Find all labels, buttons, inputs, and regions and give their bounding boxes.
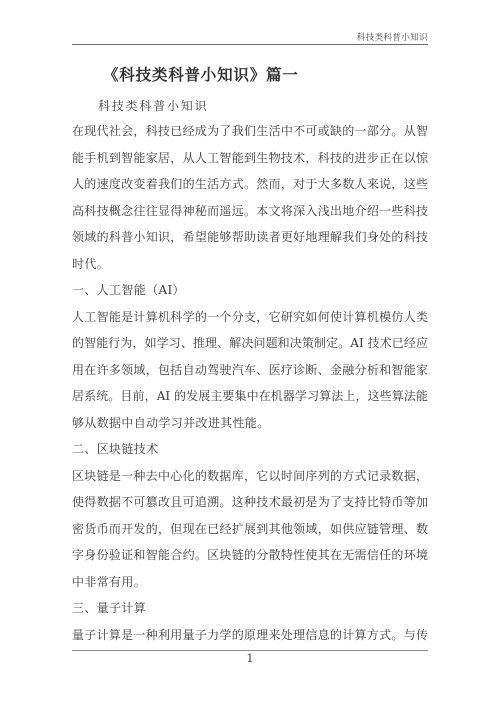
body-line: 字身份验证和智能合约。区块链的分散特性使其在无需信任的环境	[72, 542, 428, 569]
document-page: 科技类科普小知识 《科技类科普小知识》篇一 科技类科普小知识 在现代社会，科技已…	[0, 0, 500, 707]
body-line: 用在许多领域，包括自动驾驶汽车、医疗诊断、金融分析和智能家	[72, 357, 428, 384]
body-line: 区块链是一种去中心化的数据库，它以时间序列的方式记录数据，	[72, 463, 428, 490]
section-heading-2: 二、区块链技术	[72, 436, 428, 463]
body-line: 密货币而开发的，但现在已经扩展到其他领域，如供应链管理、数	[72, 516, 428, 543]
body-line: 能手机到智能家居，从人工智能到生物技术，科技的进步正在以惊	[72, 145, 428, 172]
body-line: 居系统。目前，AI 的发展主要集中在机器学习算法上，这些算法能	[72, 383, 428, 410]
footer-rule	[72, 650, 428, 651]
body-line: 时代。	[72, 251, 428, 278]
body-line: 中非常有用。	[72, 569, 428, 596]
section-heading-1: 一、人工智能（AI）	[72, 277, 428, 304]
document-body: 在现代社会，科技已经成为了我们生活中不可或缺的一部分。从智 能手机到智能家居，从…	[72, 118, 428, 648]
body-line: 使得数据不可篡改且可追溯。这种技术最初是为了支持比特币等加	[72, 489, 428, 516]
body-line: 人工智能是计算机科学的一个分支，它研究如何使计算机模仿人类	[72, 304, 428, 331]
header-rule	[72, 44, 428, 45]
body-line: 领域的科普小知识，希望能够帮助读者更好地理解我们身处的科技	[72, 224, 428, 251]
document-subtitle: 科技类科普小知识	[72, 97, 428, 114]
body-line: 在现代社会，科技已经成为了我们生活中不可或缺的一部分。从智	[72, 118, 428, 145]
body-line: 的智能行为，如学习、推理、解决问题和决策制定。AI 技术已经应	[72, 330, 428, 357]
body-line: 人的速度改变着我们的生活方式。然而，对于大多数人来说，这些	[72, 171, 428, 198]
page-number: 1	[0, 652, 500, 665]
body-line: 够从数据中自动学习并改进其性能。	[72, 410, 428, 437]
section-heading-3: 三、量子计算	[72, 595, 428, 622]
body-line: 高科技概念往往显得神秘而遥远。本文将深入浅出地介绍一些科技	[72, 198, 428, 225]
running-header-title: 科技类科普小知识	[72, 31, 428, 43]
document-title: 《科技类科普小知识》篇一	[72, 63, 428, 85]
body-line: 量子计算是一种利用量子力学的原理来处理信息的计算方式。与传	[72, 622, 428, 649]
